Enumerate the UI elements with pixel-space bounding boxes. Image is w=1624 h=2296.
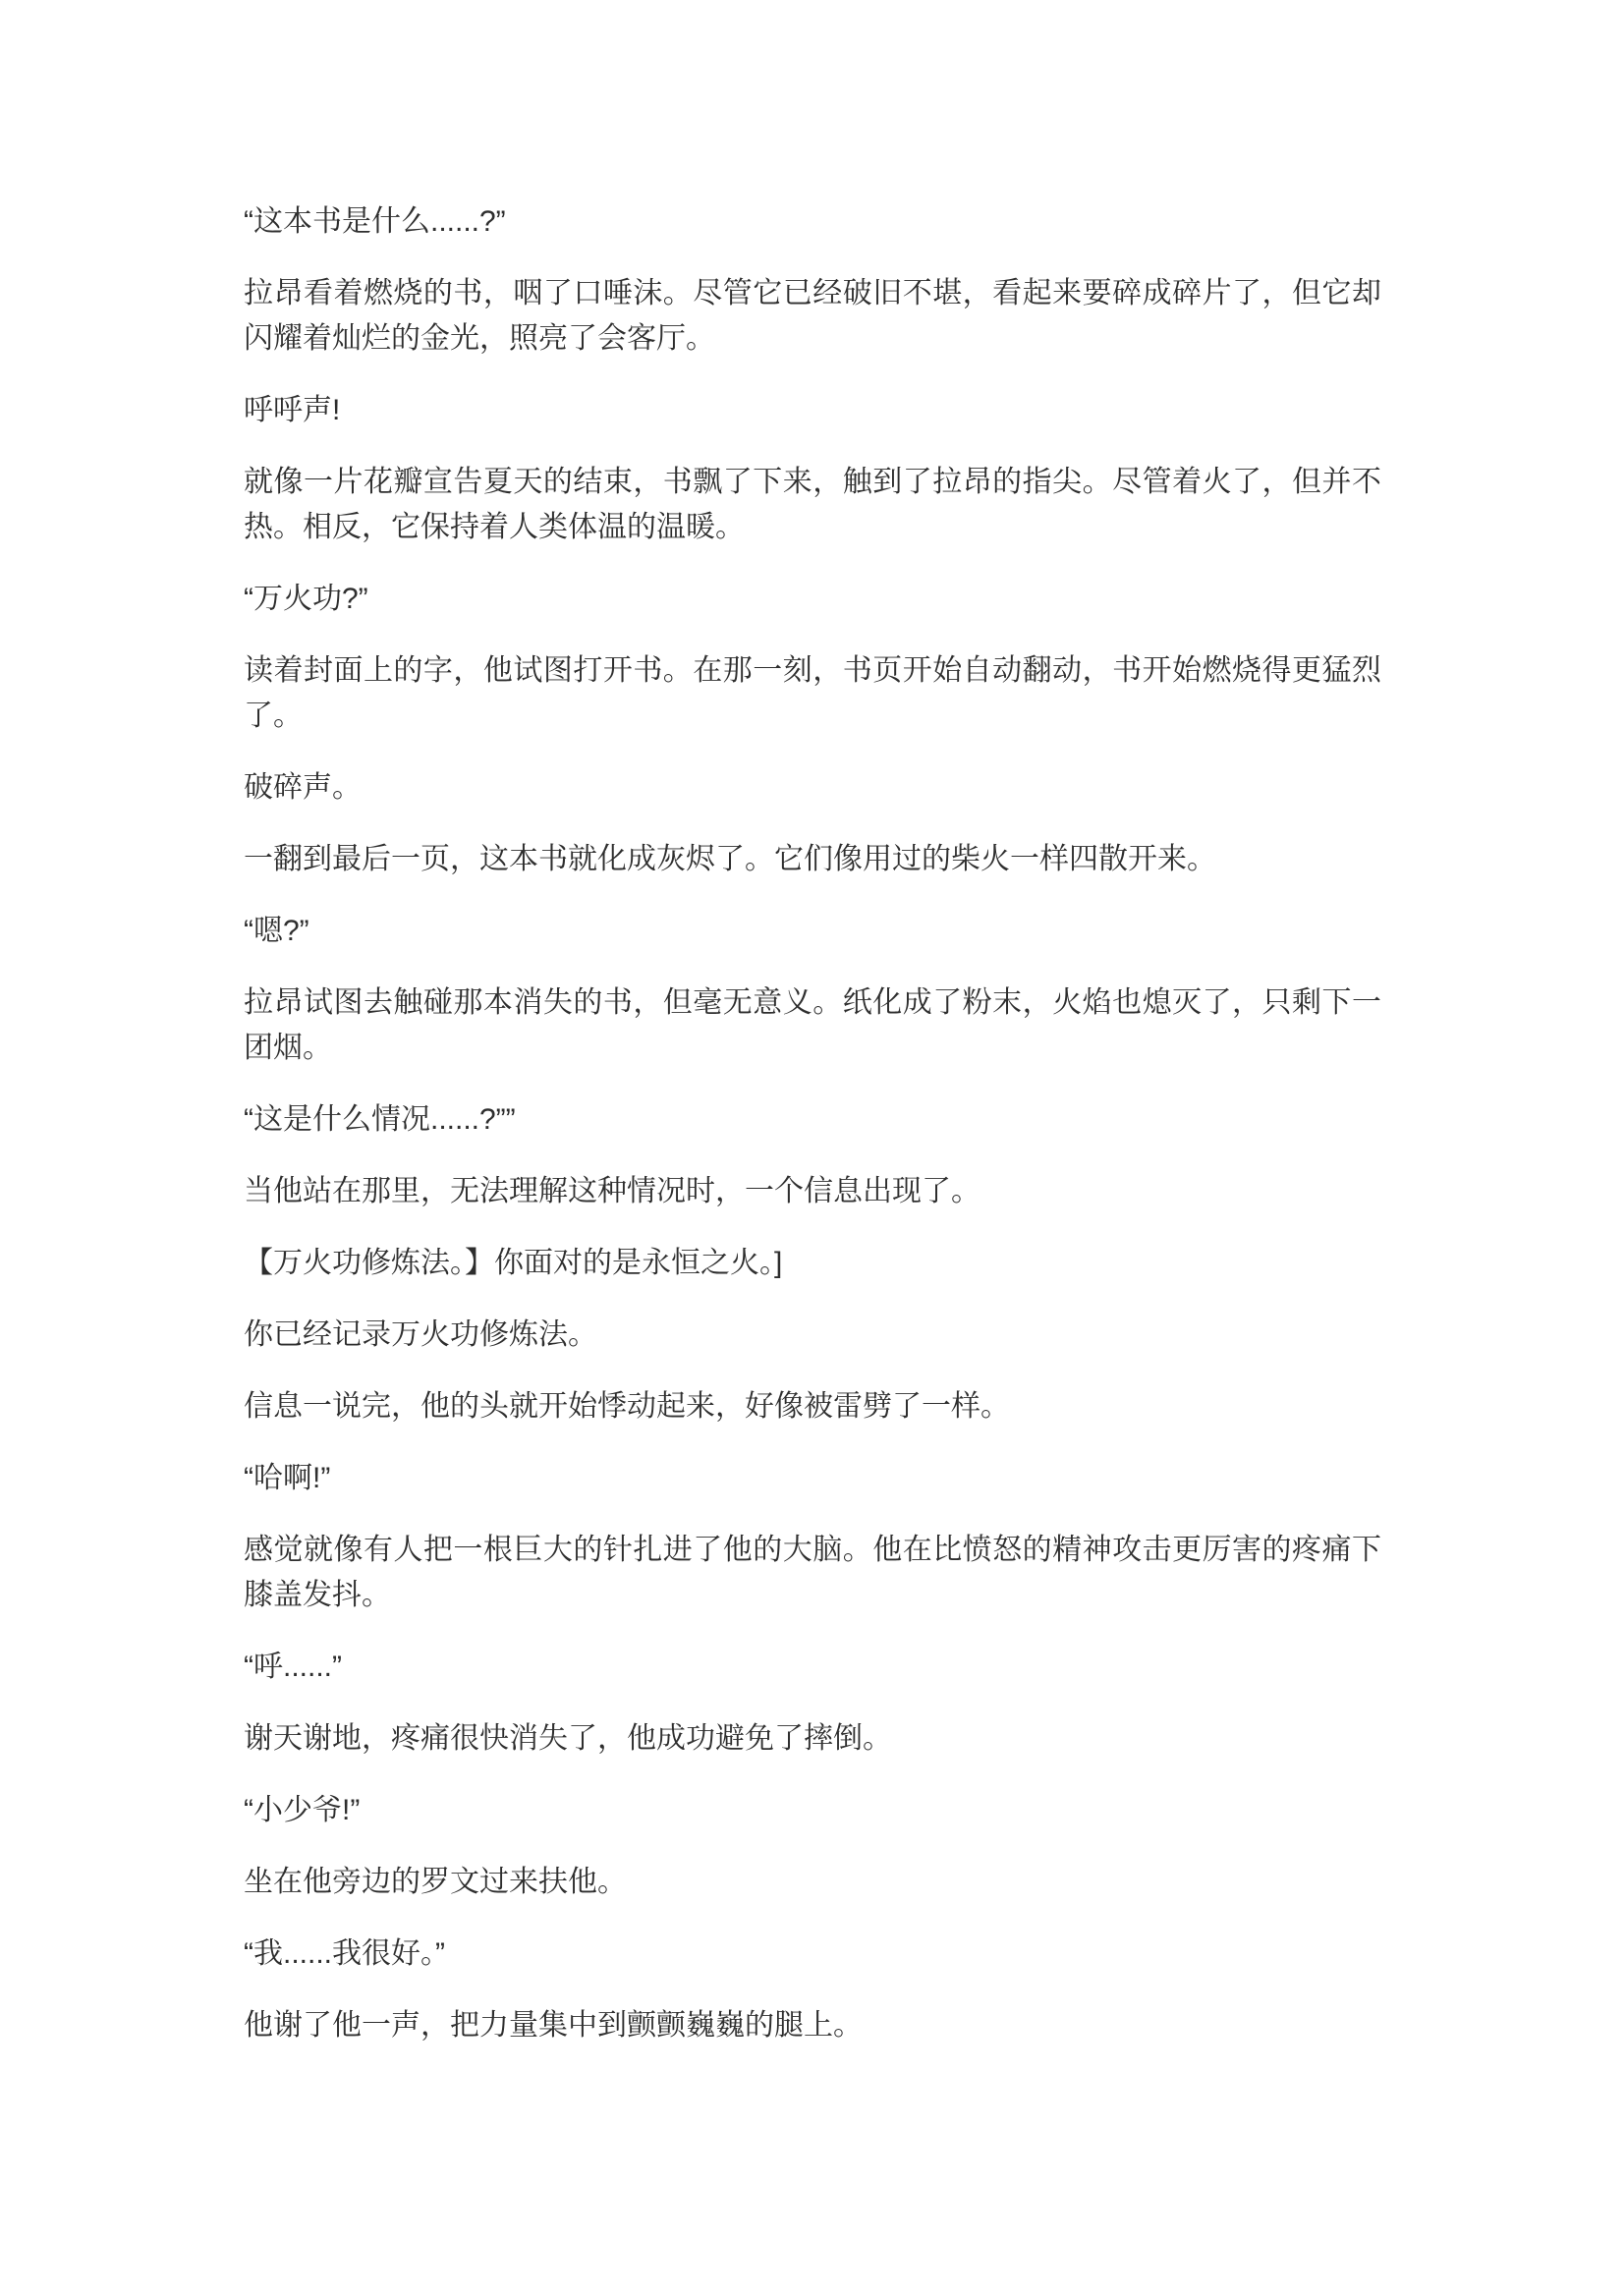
- paragraph: 坐在他旁边的罗文过来扶他。: [244, 1860, 1381, 1905]
- paragraph: 信息一说完，他的头就开始悸动起来，好像被雷劈了一样。: [244, 1384, 1381, 1429]
- paragraph: “我......我很好。”: [244, 1932, 1381, 1977]
- text-content: “这本书是什么......?”拉昂看着燃烧的书，咽了口唾沫。尽管它已经破旧不堪，…: [244, 199, 1381, 2048]
- paragraph: 拉昂看着燃烧的书，咽了口唾沫。尽管它已经破旧不堪，看起来要碎成碎片了，但它却闪耀…: [244, 271, 1381, 362]
- paragraph: 谢天谢地，疼痛很快消失了，他成功避免了摔倒。: [244, 1716, 1381, 1762]
- paragraph: 读着封面上的字，他试图打开书。在那一刻，书页开始自动翻动，书开始燃烧得更猛烈了。: [244, 648, 1381, 739]
- paragraph: “哈啊!”: [244, 1456, 1381, 1501]
- paragraph: “万火功?”: [244, 577, 1381, 622]
- paragraph: 【万火功修炼法。】你面对的是永恒之火。]: [244, 1241, 1381, 1286]
- paragraph: 破碎声。: [244, 765, 1381, 811]
- paragraph: 就像一片花瓣宣告夏天的结束，书飘了下来，触到了拉昂的指尖。尽管着火了，但并不热。…: [244, 460, 1381, 550]
- paragraph: 拉昂试图去触碰那本消失的书，但毫无意义。纸化成了粉末，火焰也熄灭了，只剩下一团烟…: [244, 980, 1381, 1071]
- paragraph: “呼......”: [244, 1645, 1381, 1690]
- paragraph: “嗯?”: [244, 909, 1381, 954]
- document-page: “这本书是什么......?”拉昂看着燃烧的书，咽了口唾沫。尽管它已经破旧不堪，…: [0, 0, 1624, 2296]
- paragraph: 感觉就像有人把一根巨大的针扎进了他的大脑。他在比愤怒的精神攻击更厉害的疼痛下膝盖…: [244, 1528, 1381, 1618]
- paragraph: 呼呼声!: [244, 388, 1381, 433]
- paragraph: “这本书是什么......?”: [244, 199, 1381, 245]
- paragraph: 他谢了他一声，把力量集中到颤颤巍巍的腿上。: [244, 2003, 1381, 2048]
- paragraph: “小少爷!”: [244, 1788, 1381, 1833]
- paragraph: 一翻到最后一页，这本书就化成灰烬了。它们像用过的柴火一样四散开来。: [244, 837, 1381, 882]
- paragraph: 当他站在那里，无法理解这种情况时，一个信息出现了。: [244, 1169, 1381, 1214]
- paragraph: 你已经记录万火功修炼法。: [244, 1313, 1381, 1358]
- paragraph: “这是什么情况......?””: [244, 1097, 1381, 1143]
